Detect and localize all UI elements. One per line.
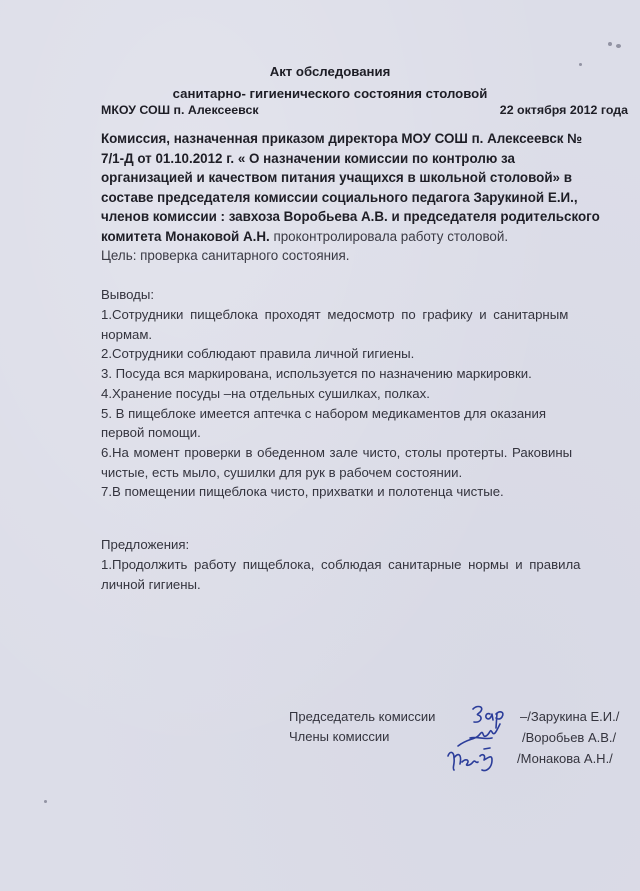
goal-line: Цель: проверка санитарного состояния. [101, 246, 633, 266]
conclusion-line: первой помощи. [101, 423, 633, 443]
scan-speck [616, 44, 621, 48]
conclusion-line: 3. Посуда вся маркирована, используется … [101, 364, 633, 384]
intro-line: комитета Монаковой А.Н. проконтролировал… [101, 227, 633, 247]
conclusion-line: 2.Сотрудники соблюдают правила личной ги… [101, 344, 633, 364]
conclusion-line: чистые, есть мыло, сушилки для рук в раб… [101, 463, 633, 483]
members-label: Члены комиссии [289, 729, 389, 744]
proposal-item: 1.Продолжить работу пищеблока, соблюдая … [101, 555, 633, 594]
conclusion-line: 6.На момент проверки в обеденном зале чи… [101, 443, 633, 463]
chair-label: Председатель комиссии [289, 709, 435, 724]
conclusion-item: 2.Сотрудники соблюдают правила личной ги… [101, 344, 633, 364]
intro-line: составе председателя комиссии социальног… [101, 188, 633, 208]
document-title: Акт обследования [0, 64, 640, 79]
proposals-heading: Предложения: [101, 535, 633, 555]
conclusion-item: 4.Хранение посуды –на отдельных сушилках… [101, 384, 633, 404]
scan-speck [44, 800, 47, 803]
conclusion-line: 1.Сотрудники пищеблока проходят медосмот… [101, 305, 633, 325]
conclusion-line: 5. В пищеблоке имеется аптечка с набором… [101, 404, 633, 424]
conclusion-line: 4.Хранение посуды –на отдельных сушилках… [101, 384, 633, 404]
conclusions-heading: Выводы: [101, 285, 633, 305]
intro-line-bold: комитета Монаковой А.Н. [101, 229, 270, 244]
handwritten-signatures-icon [440, 698, 540, 778]
conclusion-item: 6.На момент проверки в обеденном зале чи… [101, 443, 633, 482]
conclusion-item: 1.Сотрудники пищеблока проходят медосмот… [101, 305, 633, 344]
scan-speck [608, 42, 612, 46]
conclusion-item: 5. В пищеблоке имеется аптечка с набором… [101, 404, 633, 443]
conclusions-list: 1.Сотрудники пищеблока проходят медосмот… [101, 305, 633, 502]
intro-line: Комиссия, назначенная приказом директора… [101, 129, 633, 149]
proposal-line: 1.Продолжить работу пищеблока, соблюдая … [101, 555, 633, 575]
intro-line: 7/1-Д от 01.10.2012 г. « О назначении ко… [101, 149, 633, 169]
conclusion-item: 7.В помещении пищеблока чисто, прихватки… [101, 482, 633, 502]
conclusion-line: нормам. [101, 325, 633, 345]
organization-name: МКОУ СОШ п. Алексеевск [101, 103, 259, 117]
intro-line: организацией и качеством питания учащихс… [101, 168, 633, 188]
intro-paragraph: Комиссия, назначенная приказом директора… [101, 129, 633, 266]
conclusion-line: 7.В помещении пищеблока чисто, прихватки… [101, 482, 633, 502]
document-subtitle: санитарно- гигиенического состояния стол… [0, 86, 640, 101]
proposal-line: личной гигиены. [101, 575, 633, 595]
intro-line: членов комиссии : завхоза Воробьева А.В.… [101, 207, 633, 227]
scanned-document-page: Акт обследования санитарно- гигиеническо… [0, 0, 640, 891]
document-date: 22 октября 2012 года [500, 103, 628, 117]
proposals-list: 1.Продолжить работу пищеблока, соблюдая … [101, 555, 633, 594]
intro-line-normal: проконтролировала работу столовой. [270, 229, 508, 244]
conclusion-item: 3. Посуда вся маркирована, используется … [101, 364, 633, 384]
